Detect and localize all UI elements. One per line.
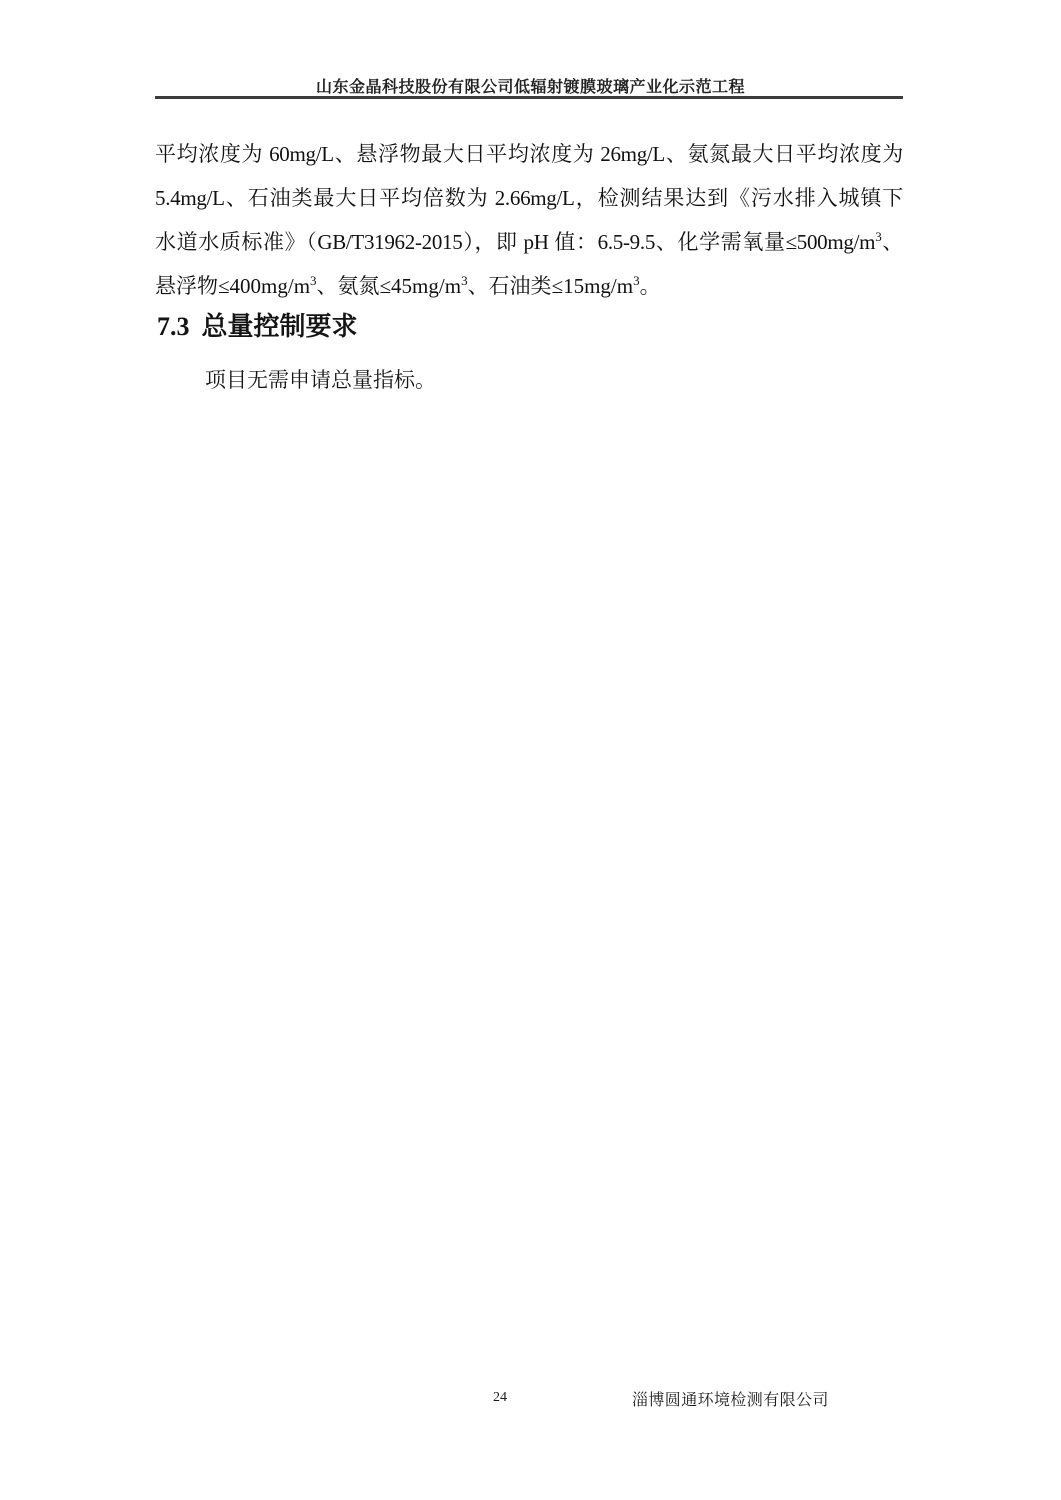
section-number: 7.3 xyxy=(157,312,190,341)
body-paragraph: 平均浓度为 60mg/L、悬浮物最大日平均浓度为 26mg/L、氨氮最大日平均浓… xyxy=(155,132,903,308)
text-run: 水道水质标准》（GB/T31962-2015），即 pH 值：6.5-9.5、化… xyxy=(155,230,875,254)
header-rule xyxy=(155,96,903,99)
body-text-line: 悬浮物≤400mg/m3、氨氮≤45mg/m3、石油类≤15mg/m3。 xyxy=(155,264,903,308)
footer-company-name: 淄博圆通环境检测有限公司 xyxy=(632,1387,829,1410)
section-title: 总量控制要求 xyxy=(202,312,358,341)
page-number: 24 xyxy=(485,1390,515,1406)
body-text-line: 平均浓度为 60mg/L、悬浮物最大日平均浓度为 26mg/L、氨氮最大日平均浓… xyxy=(155,132,903,176)
text-run: 平均浓度为 60mg/L、悬浮物最大日平均浓度为 26mg/L、氨氮最大日平均浓… xyxy=(155,142,903,166)
text-run: 5.4mg/L、石油类最大日平均倍数为 2.66mg/L，检测结果达到《污水排入… xyxy=(155,186,903,210)
text-run: 。 xyxy=(640,274,661,298)
header-title: 山东金晶科技股份有限公司低辐射镀膜玻璃产业化示范工程 xyxy=(0,74,1061,97)
text-run: 悬浮物≤400mg/m xyxy=(155,274,310,298)
text-run: 、石油类≤15mg/m xyxy=(468,274,634,298)
document-page: 山东金晶科技股份有限公司低辐射镀膜玻璃产业化示范工程 平均浓度为 60mg/L、… xyxy=(0,0,1061,1500)
text-run: 、 xyxy=(881,230,903,254)
body-text-line: 5.4mg/L、石油类最大日平均倍数为 2.66mg/L，检测结果达到《污水排入… xyxy=(155,176,903,220)
section-heading: 7.3总量控制要求 xyxy=(157,306,358,343)
body-text-line: 水道水质标准》（GB/T31962-2015），即 pH 值：6.5-9.5、化… xyxy=(155,220,903,264)
paragraph-no-quota: 项目无需申请总量指标。 xyxy=(205,364,436,394)
text-run: 、氨氮≤45mg/m xyxy=(317,274,462,298)
